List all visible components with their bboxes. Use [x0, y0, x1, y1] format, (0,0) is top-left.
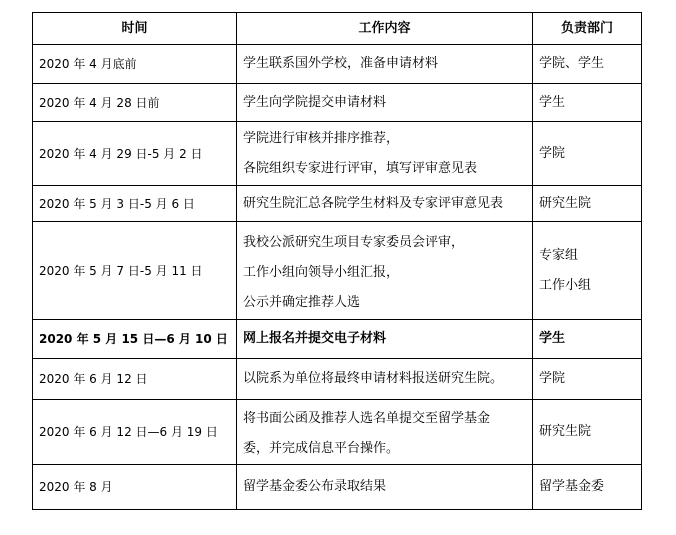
- table-row: 2020 年 5 月 3 日-5 月 6 日 研究生院汇总各院学生材料及专家评审…: [33, 186, 642, 222]
- dept-line: 学院、学生: [539, 49, 635, 79]
- header-time: 时间: [33, 13, 237, 45]
- work-line: 网上报名并提交电子材料: [243, 324, 526, 354]
- table-row: 2020 年 5 月 7 日-5 月 11 日 我校公派研究生项目专家委员会评审…: [33, 222, 642, 320]
- work-line: 学院进行审核并排序推荐，: [243, 124, 526, 154]
- dept-line: 工作小组: [539, 271, 635, 301]
- cell-time: 2020 年 4 月底前: [33, 45, 237, 84]
- header-work-content: 工作内容: [237, 13, 533, 45]
- schedule-table: 时间 工作内容 负责部门 2020 年 4 月底前 学生联系国外学校，准备申请材…: [32, 12, 642, 510]
- cell-work: 我校公派研究生项目专家委员会评审， 工作小组向领导小组汇报， 公示并确定推荐人选: [237, 222, 533, 320]
- cell-work: 留学基金委公布录取结果: [237, 465, 533, 510]
- work-line: 各院组织专家进行评审，填写评审意见表: [243, 154, 526, 184]
- work-line: 委，并完成信息平台操作。: [243, 434, 526, 464]
- dept-line: 学生: [539, 88, 635, 118]
- table-row: 2020 年 6 月 12 日 以院系为单位将最终申请材料报送研究生院。 学院: [33, 359, 642, 400]
- cell-dept: 学生: [533, 320, 642, 359]
- table-row: 2020 年 5 月 15 日—6 月 10 日 网上报名并提交电子材料 学生: [33, 320, 642, 359]
- cell-time: 2020 年 5 月 3 日-5 月 6 日: [33, 186, 237, 222]
- dept-line: 研究生院: [539, 189, 635, 219]
- cell-work: 以院系为单位将最终申请材料报送研究生院。: [237, 359, 533, 400]
- work-line: 我校公派研究生项目专家委员会评审，: [243, 228, 526, 258]
- work-line: 学生联系国外学校，准备申请材料: [243, 49, 526, 79]
- cell-work: 研究生院汇总各院学生材料及专家评审意见表: [237, 186, 533, 222]
- work-line: 学生向学院提交申请材料: [243, 88, 526, 118]
- dept-line: 学生: [539, 324, 635, 354]
- cell-dept: 学院: [533, 122, 642, 186]
- table-header-row: 时间 工作内容 负责部门: [33, 13, 642, 45]
- cell-dept: 学生: [533, 84, 642, 122]
- cell-dept: 学院、学生: [533, 45, 642, 84]
- cell-work: 学生联系国外学校，准备申请材料: [237, 45, 533, 84]
- cell-dept: 研究生院: [533, 400, 642, 465]
- work-line: 以院系为单位将最终申请材料报送研究生院。: [243, 364, 526, 394]
- work-line: 留学基金委公布录取结果: [243, 472, 526, 502]
- table-row: 2020 年 8 月 留学基金委公布录取结果 留学基金委: [33, 465, 642, 510]
- cell-work: 网上报名并提交电子材料: [237, 320, 533, 359]
- cell-dept: 留学基金委: [533, 465, 642, 510]
- cell-time: 2020 年 4 月 29 日-5 月 2 日: [33, 122, 237, 186]
- work-line: 公示并确定推荐人选: [243, 288, 526, 318]
- dept-line: 专家组: [539, 241, 635, 271]
- table-row: 2020 年 4 月 29 日-5 月 2 日 学院进行审核并排序推荐， 各院组…: [33, 122, 642, 186]
- work-line: 工作小组向领导小组汇报，: [243, 258, 526, 288]
- cell-time: 2020 年 5 月 7 日-5 月 11 日: [33, 222, 237, 320]
- table-row: 2020 年 4 月 28 日前 学生向学院提交申请材料 学生: [33, 84, 642, 122]
- work-line: 将书面公函及推荐人选名单提交至留学基金: [243, 404, 526, 434]
- cell-dept: 学院: [533, 359, 642, 400]
- table-row: 2020 年 4 月底前 学生联系国外学校，准备申请材料 学院、学生: [33, 45, 642, 84]
- table-row: 2020 年 6 月 12 日—6 月 19 日 将书面公函及推荐人选名单提交至…: [33, 400, 642, 465]
- cell-time: 2020 年 8 月: [33, 465, 237, 510]
- dept-line: 学院: [539, 139, 635, 169]
- cell-dept: 专家组 工作小组: [533, 222, 642, 320]
- cell-time: 2020 年 5 月 15 日—6 月 10 日: [33, 320, 237, 359]
- work-line: 研究生院汇总各院学生材料及专家评审意见表: [243, 189, 526, 219]
- dept-line: 留学基金委: [539, 472, 635, 502]
- cell-work: 学生向学院提交申请材料: [237, 84, 533, 122]
- header-responsible-dept: 负责部门: [533, 13, 642, 45]
- dept-line: 学院: [539, 364, 635, 394]
- cell-dept: 研究生院: [533, 186, 642, 222]
- cell-work: 将书面公函及推荐人选名单提交至留学基金 委，并完成信息平台操作。: [237, 400, 533, 465]
- cell-time: 2020 年 4 月 28 日前: [33, 84, 237, 122]
- cell-time: 2020 年 6 月 12 日—6 月 19 日: [33, 400, 237, 465]
- cell-time: 2020 年 6 月 12 日: [33, 359, 237, 400]
- dept-line: 研究生院: [539, 417, 635, 447]
- cell-work: 学院进行审核并排序推荐， 各院组织专家进行评审，填写评审意见表: [237, 122, 533, 186]
